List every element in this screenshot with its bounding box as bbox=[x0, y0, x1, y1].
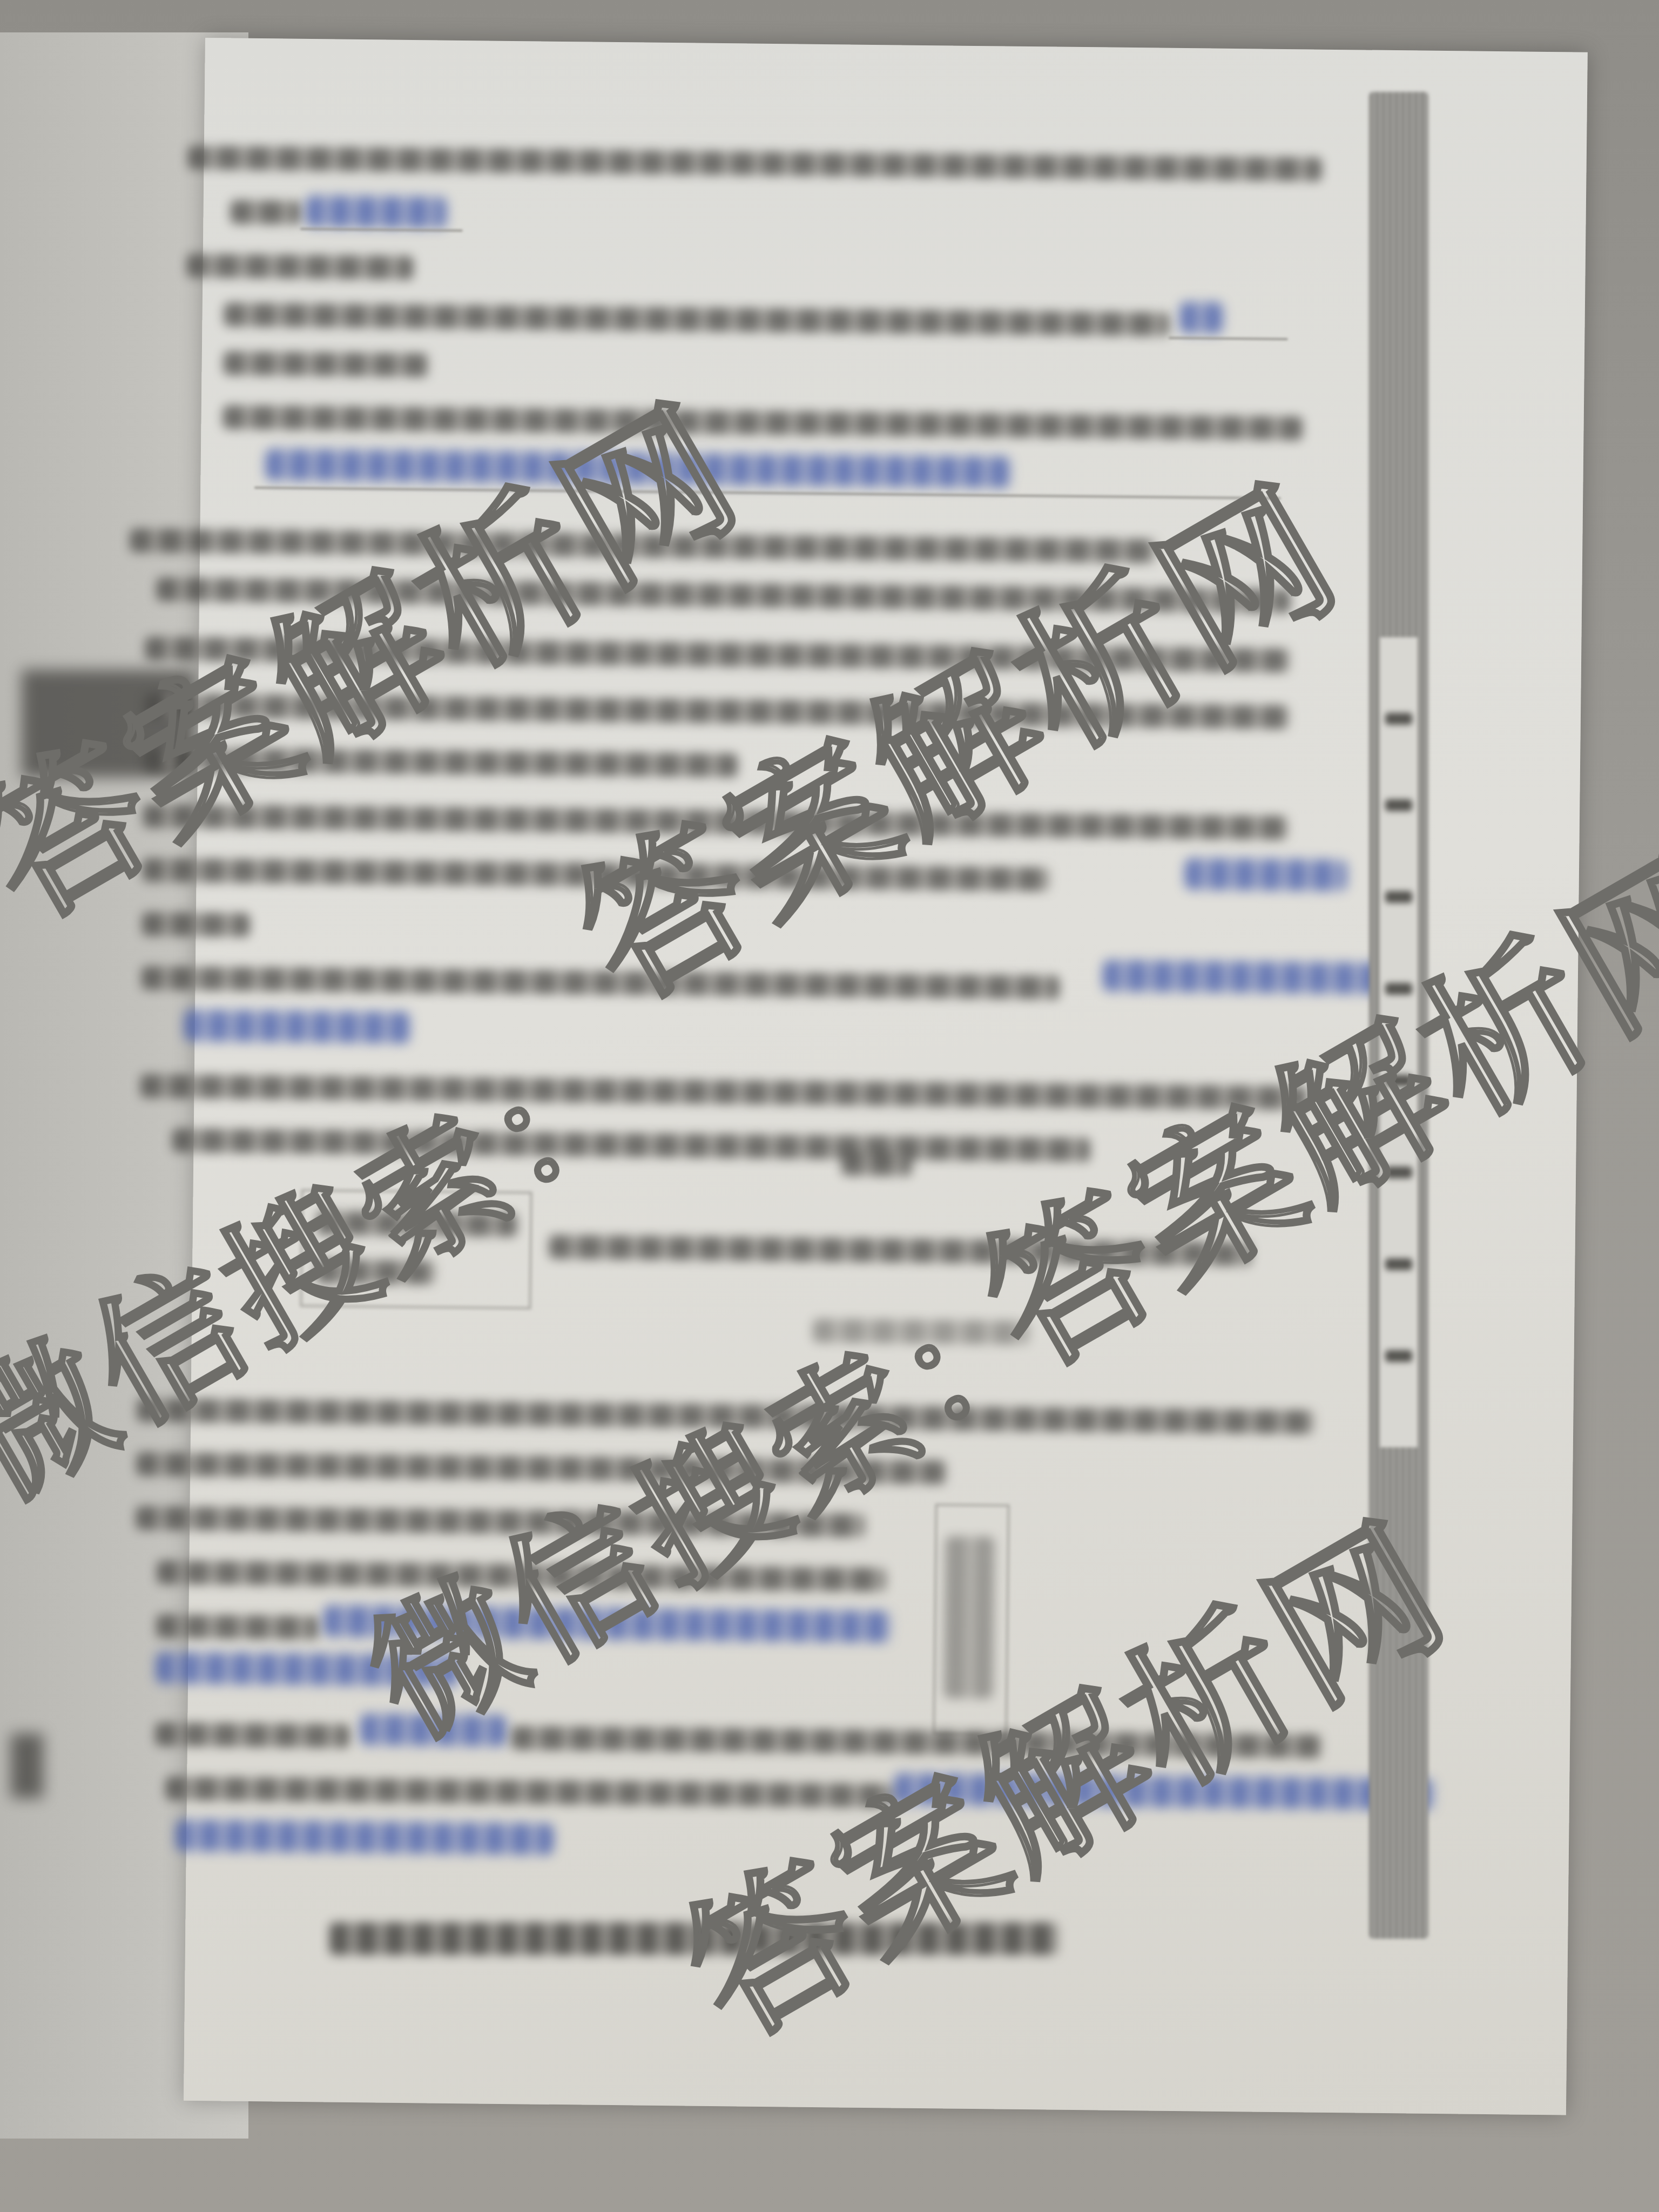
handwriting-scribble bbox=[11, 1734, 43, 1798]
margin-char bbox=[1385, 1258, 1412, 1270]
margin-char bbox=[1385, 1350, 1412, 1362]
handwritten-answer bbox=[176, 1820, 554, 1855]
diagram-label bbox=[841, 1151, 912, 1176]
handwritten-answer bbox=[184, 1010, 412, 1043]
handwritten-answer bbox=[1179, 302, 1223, 334]
handwritten-answer bbox=[1185, 858, 1347, 891]
text-line bbox=[223, 351, 428, 377]
text-line bbox=[142, 912, 250, 937]
table-cells bbox=[944, 1536, 994, 1699]
text-line bbox=[222, 405, 1303, 440]
text-line bbox=[155, 1722, 349, 1748]
text-line bbox=[224, 302, 1169, 336]
margin-char bbox=[1385, 799, 1412, 811]
text-line bbox=[141, 966, 1060, 1000]
text-line bbox=[186, 254, 413, 280]
answer-blank bbox=[300, 228, 462, 232]
margin-char bbox=[1385, 891, 1412, 903]
handwritten-answer bbox=[306, 195, 447, 228]
text-line bbox=[230, 200, 300, 225]
answer-blank bbox=[1169, 337, 1287, 340]
text-line bbox=[187, 146, 1321, 181]
text-line bbox=[156, 1614, 318, 1640]
margin-char bbox=[1385, 713, 1412, 725]
